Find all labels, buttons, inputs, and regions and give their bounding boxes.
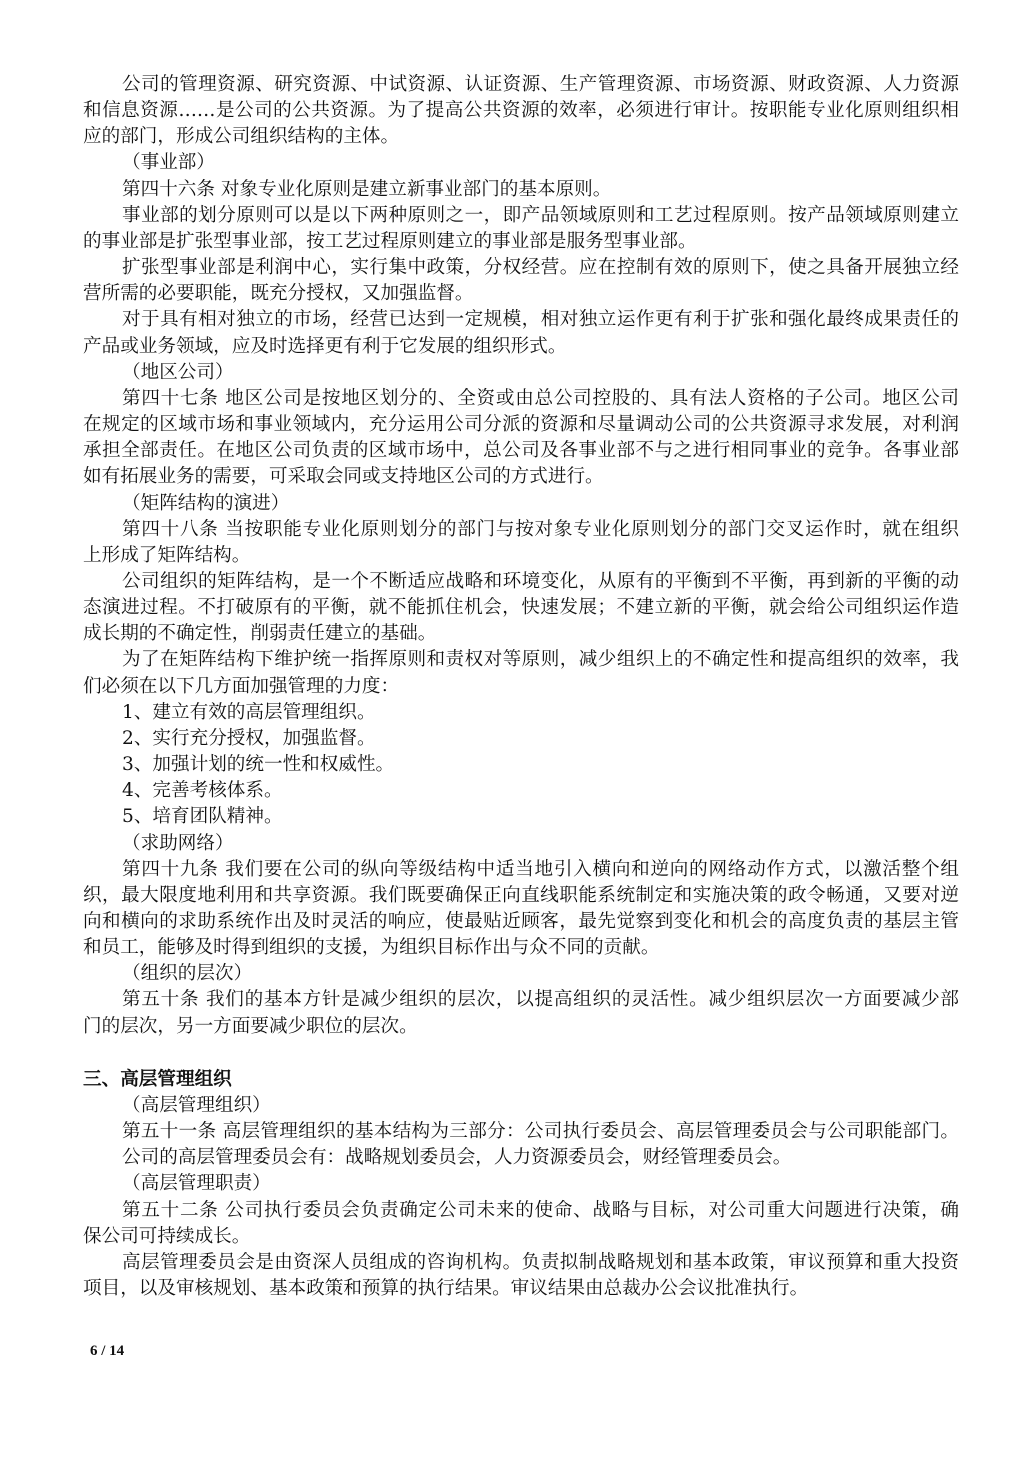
text-line: 承担全部责任。在地区公司负责的区域市场中，总公司及各事业部不与之进行相同事业的竞… — [83, 438, 959, 464]
paragraph-management-strength: 为了在矩阵结构下维护统一指挥原则和责权对等原则，减少组织上的不确定性和提高组织的… — [83, 647, 959, 699]
paragraph-committees: 公司的高层管理委员会有：战略规划委员会，人力资源委员会，财经管理委员会。 — [83, 1145, 959, 1171]
text-line: 扩张型事业部是利润中心，实行集中政策，分权经营。应在控制有效的原则下，使之具备开… — [83, 255, 959, 281]
text-line: 成长期的不确定性，削弱责任建立的基础。 — [83, 621, 959, 647]
list-item: 4、完善考核体系。 — [83, 778, 959, 804]
text-line: 应的部门，形成公司组织结构的主体。 — [83, 124, 959, 150]
text-line: 的事业部是扩张型事业部，按工艺过程原则建立的事业部是服务型事业部。 — [83, 229, 959, 255]
text-line: 对于具有相对独立的市场，经营已达到一定规模，相对独立运作更有利于扩张和强化最终成… — [83, 307, 959, 333]
text-line: 营所需的必要职能，既充分授权，又加强监督。 — [83, 281, 959, 307]
paragraph-article-52: 第五十二条 公司执行委员会负责确定公司未来的使命、战略与目标，对公司重大问题进行… — [83, 1198, 959, 1250]
text-line: 门的层次，另一方面要减少职位的层次。 — [83, 1014, 959, 1040]
text-line: 第五十二条 公司执行委员会负责确定公司未来的使命、战略与目标，对公司重大问题进行… — [83, 1198, 959, 1224]
text-line: 第五十条 我们的基本方针是减少组织的层次，以提高组织的灵活性。减少组织层次一方面… — [83, 987, 959, 1013]
text-line: 如有拓展业务的需要，可采取会同或支持地区公司的方式进行。 — [83, 464, 959, 490]
subheading-regional-company: （地区公司） — [83, 360, 959, 386]
paragraph-article-50: 第五十条 我们的基本方针是减少组织的层次，以提高组织的灵活性。减少组织层次一方面… — [83, 987, 959, 1039]
list-item: 1、建立有效的高层管理组织。 — [83, 700, 959, 726]
list-item: 2、实行充分授权，加强监督。 — [83, 726, 959, 752]
paragraph-independent-market: 对于具有相对独立的市场，经营已达到一定规模，相对独立运作更有利于扩张和强化最终成… — [83, 307, 959, 359]
list-item: 5、培育团队精神。 — [83, 804, 959, 830]
list-item: 3、加强计划的统一性和权威性。 — [83, 752, 959, 778]
text-line: 在规定的区域市场和事业领域内，充分运用公司分派的资源和尽量调动公司的公共资源寻求… — [83, 412, 959, 438]
text-line: 高层管理委员会是由资深人员组成的咨询机构。负责拟制战略规划和基本政策，审议预算和… — [83, 1250, 959, 1276]
subheading-help-network: （求助网络） — [83, 831, 959, 857]
subheading-matrix-evolution: （矩阵结构的演进） — [83, 491, 959, 517]
text-line: 公司的管理资源、研究资源、中试资源、认证资源、生产管理资源、市场资源、财政资源、… — [83, 72, 959, 98]
text-line: 向和横向的求助系统作出及时灵活的响应，使最贴近顾客，最先觉察到变化和机会的高度负… — [83, 909, 959, 935]
text-line: 项目，以及审核规划、基本政策和预算的执行结果。审议结果由总裁办公会议批准执行。 — [83, 1276, 959, 1302]
paragraph-public-resources: 公司的管理资源、研究资源、中试资源、认证资源、生产管理资源、市场资源、财政资源、… — [83, 72, 959, 150]
text-line: 们必须在以下几方面加强管理的力度： — [83, 674, 959, 700]
spacer — [83, 1040, 959, 1067]
document-page: 公司的管理资源、研究资源、中试资源、认证资源、生产管理资源、市场资源、财政资源、… — [83, 72, 959, 1302]
subheading-business-unit: （事业部） — [83, 150, 959, 176]
paragraph-expansion-division: 扩张型事业部是利润中心，实行集中政策，分权经营。应在控制有效的原则下，使之具备开… — [83, 255, 959, 307]
subheading-org-levels: （组织的层次） — [83, 961, 959, 987]
text-line: 织，最大限度地利用和共享资源。我们既要确保正向直线职能系统制定和实施决策的政令畅… — [83, 883, 959, 909]
paragraph-article-49: 第四十九条 我们要在公司的纵向等级结构中适当地引入横向和逆向的网络动作方式，以激… — [83, 857, 959, 962]
paragraph-article-51: 第五十一条 高层管理组织的基本结构为三部分：公司执行委员会、高层管理委员会与公司… — [83, 1119, 959, 1145]
paragraph-article-46: 第四十六条 对象专业化原则是建立新事业部门的基本原则。 — [83, 177, 959, 203]
text-line: 产品或业务领域，应及时选择更有利于它发展的组织形式。 — [83, 334, 959, 360]
paragraph-matrix-structure: 公司组织的矩阵结构，是一个不断适应战略和环境变化，从原有的平衡到不平衡，再到新的… — [83, 569, 959, 647]
text-line: 和员工，能够及时得到组织的支援，为组织目标作出与众不同的贡献。 — [83, 935, 959, 961]
subheading-senior-management-duties: （高层管理职责） — [83, 1171, 959, 1197]
paragraph-division-principles: 事业部的划分原则可以是以下两种原则之一，即产品领域原则和工艺过程原则。按产品领域… — [83, 203, 959, 255]
section-heading: 三、高层管理组织 — [83, 1067, 959, 1093]
text-line: 第五十一条 高层管理组织的基本结构为三部分：公司执行委员会、高层管理委员会与公司… — [83, 1119, 959, 1145]
paragraph-article-47: 第四十七条 地区公司是按地区划分的、全资或由总公司控股的、具有法人资格的子公司。… — [83, 386, 959, 491]
paragraph-article-48: 第四十八条 当按职能专业化原则划分的部门与按对象专业化原则划分的部门交叉运作时，… — [83, 517, 959, 569]
paragraph-advisory-body: 高层管理委员会是由资深人员组成的咨询机构。负责拟制战略规划和基本政策，审议预算和… — [83, 1250, 959, 1302]
subheading-senior-management-org: （高层管理组织） — [83, 1093, 959, 1119]
text-line: 和信息资源……是公司的公共资源。为了提高公共资源的效率，必须进行审计。按职能专业… — [83, 98, 959, 124]
text-line: 事业部的划分原则可以是以下两种原则之一，即产品领域原则和工艺过程原则。按产品领域… — [83, 203, 959, 229]
text-line: 第四十八条 当按职能专业化原则划分的部门与按对象专业化原则划分的部门交叉运作时，… — [83, 517, 959, 543]
text-line: 第四十六条 对象专业化原则是建立新事业部门的基本原则。 — [83, 177, 959, 203]
text-line: 上形成了矩阵结构。 — [83, 543, 959, 569]
text-line: 为了在矩阵结构下维护统一指挥原则和责权对等原则，减少组织上的不确定性和提高组织的… — [83, 647, 959, 673]
text-line: 保公司可持续成长。 — [83, 1224, 959, 1250]
text-line: 第四十七条 地区公司是按地区划分的、全资或由总公司控股的、具有法人资格的子公司。… — [83, 386, 959, 412]
text-line: 公司组织的矩阵结构，是一个不断适应战略和环境变化，从原有的平衡到不平衡，再到新的… — [83, 569, 959, 595]
text-line: 态演进过程。不打破原有的平衡，就不能抓住机会，快速发展；不建立新的平衡，就会给公… — [83, 595, 959, 621]
text-line: 第四十九条 我们要在公司的纵向等级结构中适当地引入横向和逆向的网络动作方式，以激… — [83, 857, 959, 883]
numbered-list: 1、建立有效的高层管理组织。 2、实行充分授权，加强监督。 3、加强计划的统一性… — [83, 700, 959, 831]
text-line: 公司的高层管理委员会有：战略规划委员会，人力资源委员会，财经管理委员会。 — [83, 1145, 959, 1171]
page-number: 6 / 14 — [90, 1343, 124, 1360]
